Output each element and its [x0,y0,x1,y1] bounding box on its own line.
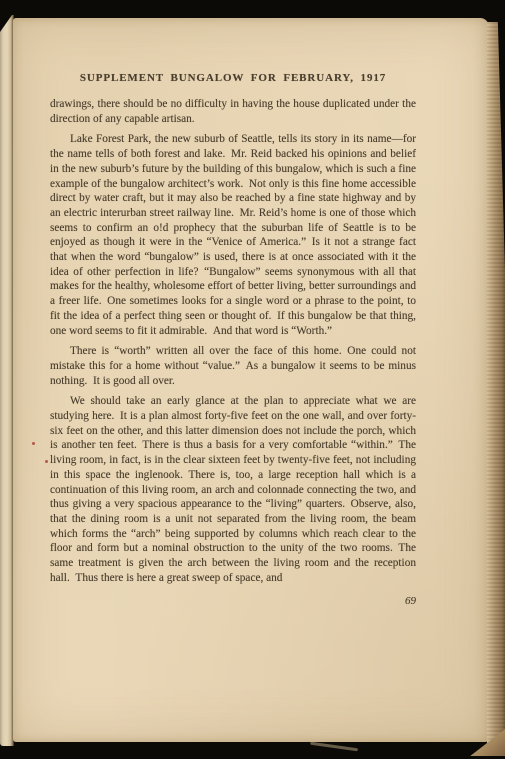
running-head: SUPPLEMENT BUNGALOW FOR FEBRUARY, 1917 [50,72,416,84]
paragraph: Lake Forest Park, the new suburb of Seat… [50,132,416,338]
page-body-text: drawings, there should be no difficulty … [50,97,416,586]
paragraph: There is “worth” written all over the fa… [50,344,416,388]
paragraph-continuation: drawings, there should be no difficulty … [50,97,416,126]
paragraph: We should take an early glance at the pl… [50,394,416,585]
page-number: 69 [50,595,416,607]
book-left-page-edges [0,15,14,746]
paper-fleck [45,460,48,463]
book-scan-photo: SUPPLEMENT BUNGALOW FOR FEBRUARY, 1917 d… [0,0,505,759]
paper-fleck [32,442,35,445]
bottom-highlight-streak [310,742,358,752]
scanned-page: SUPPLEMENT BUNGALOW FOR FEBRUARY, 1917 d… [13,18,489,742]
